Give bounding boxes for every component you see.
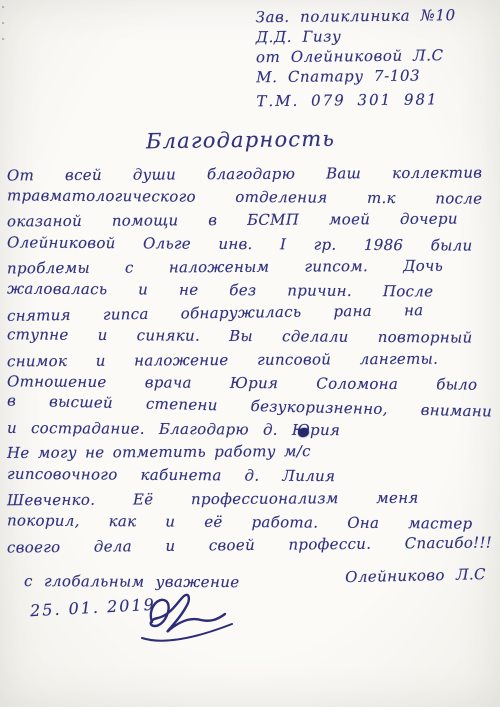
body-line: своего дела и своей професси. Спасибо!!! [7, 531, 492, 559]
letter-title: Благодарность [146, 127, 335, 154]
body-line: Шевченко. Её профессионализм меня [7, 486, 419, 512]
body-line: оказаной помощи в БСМП моей дочери [7, 208, 458, 234]
body-line: проблемы с наложеным гипсом. Дочь [7, 254, 443, 280]
body-line: Не могу не отметить работу м/с [7, 440, 311, 465]
header-line-address: М. Спатару 7-103 [256, 65, 492, 87]
body-line: Олейниковой Ольге инв. I гр. 1986 были [7, 231, 473, 257]
body-line: От всей души благодарю Ваш коллектив [7, 162, 482, 188]
signature-mark [138, 588, 238, 646]
body-line: и сострадание. Благодарю д. Юрия [7, 417, 340, 443]
header-line-phone: Т.М. 079 301 981 [256, 89, 492, 111]
header-line-sender: от Олейниковой Л.С [256, 45, 492, 67]
paper-specks [2, 6, 6, 66]
letter-paper: Зав. поликлиника №10 Д.Д. Гизу от Олейни… [0, 0, 500, 707]
closing-line: с глобальным уважение Олейниково Л.С [24, 565, 486, 593]
body-line: гипсовочного кабинета д. Лилия [7, 463, 335, 488]
letter-header: Зав. поликлиника №10 Д.Д. Гизу от Олейни… [255, 5, 492, 111]
body-line: ступне и синяки. Вы сделали повторный [7, 324, 473, 350]
body-line: снимок и наложение гипсовой лангеты. [7, 347, 438, 373]
letter-body: От всей души благодарю Ваш коллектив тра… [7, 163, 497, 557]
closing-signee: Олейниково Л.С [345, 565, 486, 586]
header-line-addressee-org: Зав. поликлиника №10 [255, 5, 491, 27]
header-line-addressee-name: Д.Д. Гизу [256, 25, 492, 47]
